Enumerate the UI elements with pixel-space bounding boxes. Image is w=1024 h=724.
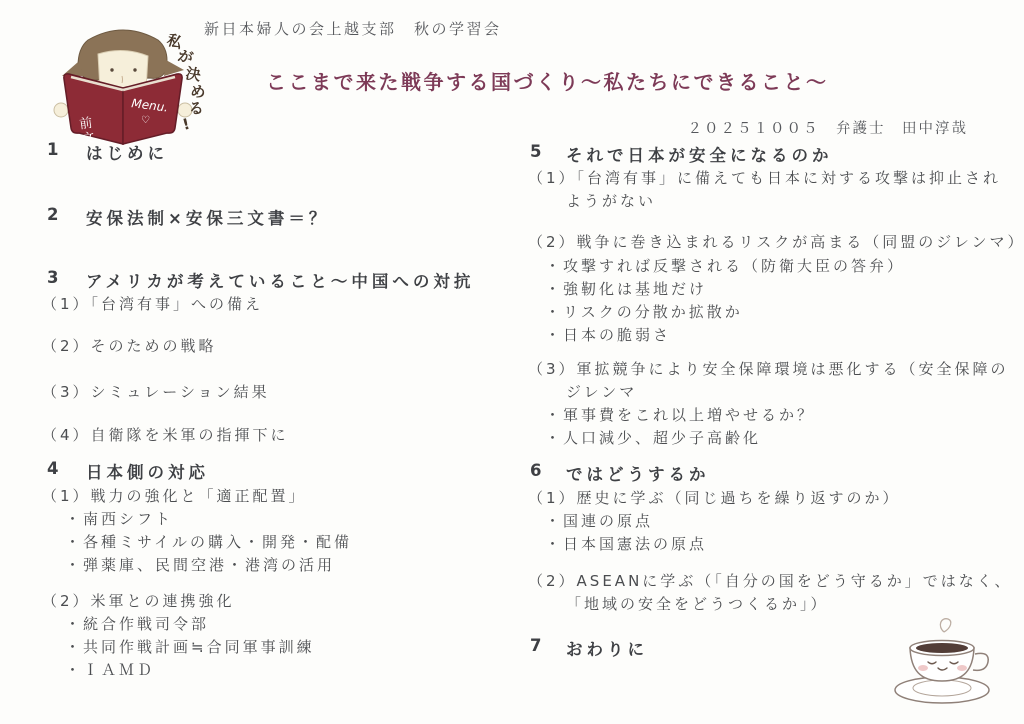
outline-bullet: ・日本の脆弱さ [528, 324, 671, 345]
section-7-heading: 7 おわりに [528, 636, 648, 660]
section-number: 5 [528, 142, 566, 166]
outline-bullet: ・弾薬庫、民間空港・港湾の活用 [42, 554, 335, 575]
outline-item: （3）軍拡競争により安全保障環境は悪化する（安全保障の [528, 358, 1009, 379]
handout-page: 前文 Menu. ♡ 私 が 決 め る ! 新日本婦人の会上越支部 秋の学習会… [0, 0, 1024, 724]
outline-bullet: ・人口減少、超少子高齢化 [528, 427, 761, 448]
outline-item: （1）歴史に学ぶ（同じ過ちを繰り返すのか） [528, 487, 901, 508]
outline-item: （3）シミュレーション結果 [42, 381, 270, 402]
outline-item: （2）米軍との連携強化 [42, 590, 235, 611]
outline-bullet: ・日本国憲法の原点 [528, 533, 707, 554]
section-number: 4 [42, 459, 86, 483]
outline-item: （2）そのための戦略 [42, 335, 217, 356]
outline-bullet: ・リスクの分散か拡散か [528, 301, 743, 322]
outline-item: （1）戦力の強化と「適正配置」 [42, 485, 307, 506]
section-number: 7 [528, 636, 566, 660]
outline-bullet: ・共同作戦計画≒合同軍事訓練 [42, 636, 315, 657]
cup-shape [910, 641, 988, 682]
section-title: ではどうするか [566, 461, 710, 485]
outline-item: （1）「台湾有事」に備えても日本に対する攻撃は抑止され [528, 167, 1001, 188]
section-1-heading: 1 はじめに [42, 140, 168, 164]
section-number: 2 [42, 205, 86, 229]
outline-bullet: ・軍事費をこれ以上増やせるか？ [528, 404, 815, 425]
outline-bullet: ・各種ミサイルの購入・開発・配備 [42, 531, 352, 552]
outline-item: （4）自衛隊を米軍の指揮下に [42, 424, 289, 445]
outline-bullet: ・ＩＡＭＤ [42, 659, 155, 680]
outline-column-left: 1 はじめに 2 安保法制×安保三文書＝？ 3 アメリカが考えていること～中国へ… [42, 0, 522, 724]
coffee-cup-illustration [876, 612, 1016, 717]
outline-item-continuation: ようがない [528, 190, 656, 211]
section-title: アメリカが考えていること～中国への対抗 [86, 268, 474, 292]
section-6-heading: 6 ではどうするか [528, 461, 710, 485]
outline-item-continuation: ジレンマ [528, 381, 637, 402]
section-number: 1 [42, 140, 86, 164]
section-title: それで日本が安全になるのか [566, 142, 833, 166]
outline-bullet: ・国連の原点 [528, 510, 653, 531]
section-title: おわりに [566, 636, 648, 660]
section-5-heading: 5 それで日本が安全になるのか [528, 142, 833, 166]
section-number: 3 [42, 268, 86, 292]
section-title: 日本側の対応 [86, 459, 209, 483]
section-2-heading: 2 安保法制×安保三文書＝？ [42, 205, 329, 229]
outline-bullet: ・強靭化は基地だけ [528, 278, 707, 299]
section-number: 6 [528, 461, 566, 485]
section-title: はじめに [86, 140, 168, 164]
outline-item: （1）「台湾有事」への備え [42, 293, 263, 314]
steam-icon [940, 619, 950, 632]
outline-bullet: ・統合作戦司令部 [42, 613, 209, 634]
outline-item: （2）ASEANに学ぶ（「自分の国をどう守るか」ではなく、 [528, 570, 1013, 591]
outline-item-continuation: 「地域の安全をどうつくるか」） [528, 593, 829, 614]
section-title: 安保法制×安保三文書＝？ [86, 205, 329, 229]
outline-bullet: ・南西シフト [42, 508, 173, 529]
outline-bullet: ・攻撃すれば反撃される（防衛大臣の答弁） [528, 255, 905, 276]
outline-item: （2）戦争に巻き込まれるリスクが高まる（同盟のジレンマ） [528, 231, 1024, 252]
section-4-heading: 4 日本側の対応 [42, 459, 209, 483]
section-3-heading: 3 アメリカが考えていること～中国への対抗 [42, 268, 474, 292]
